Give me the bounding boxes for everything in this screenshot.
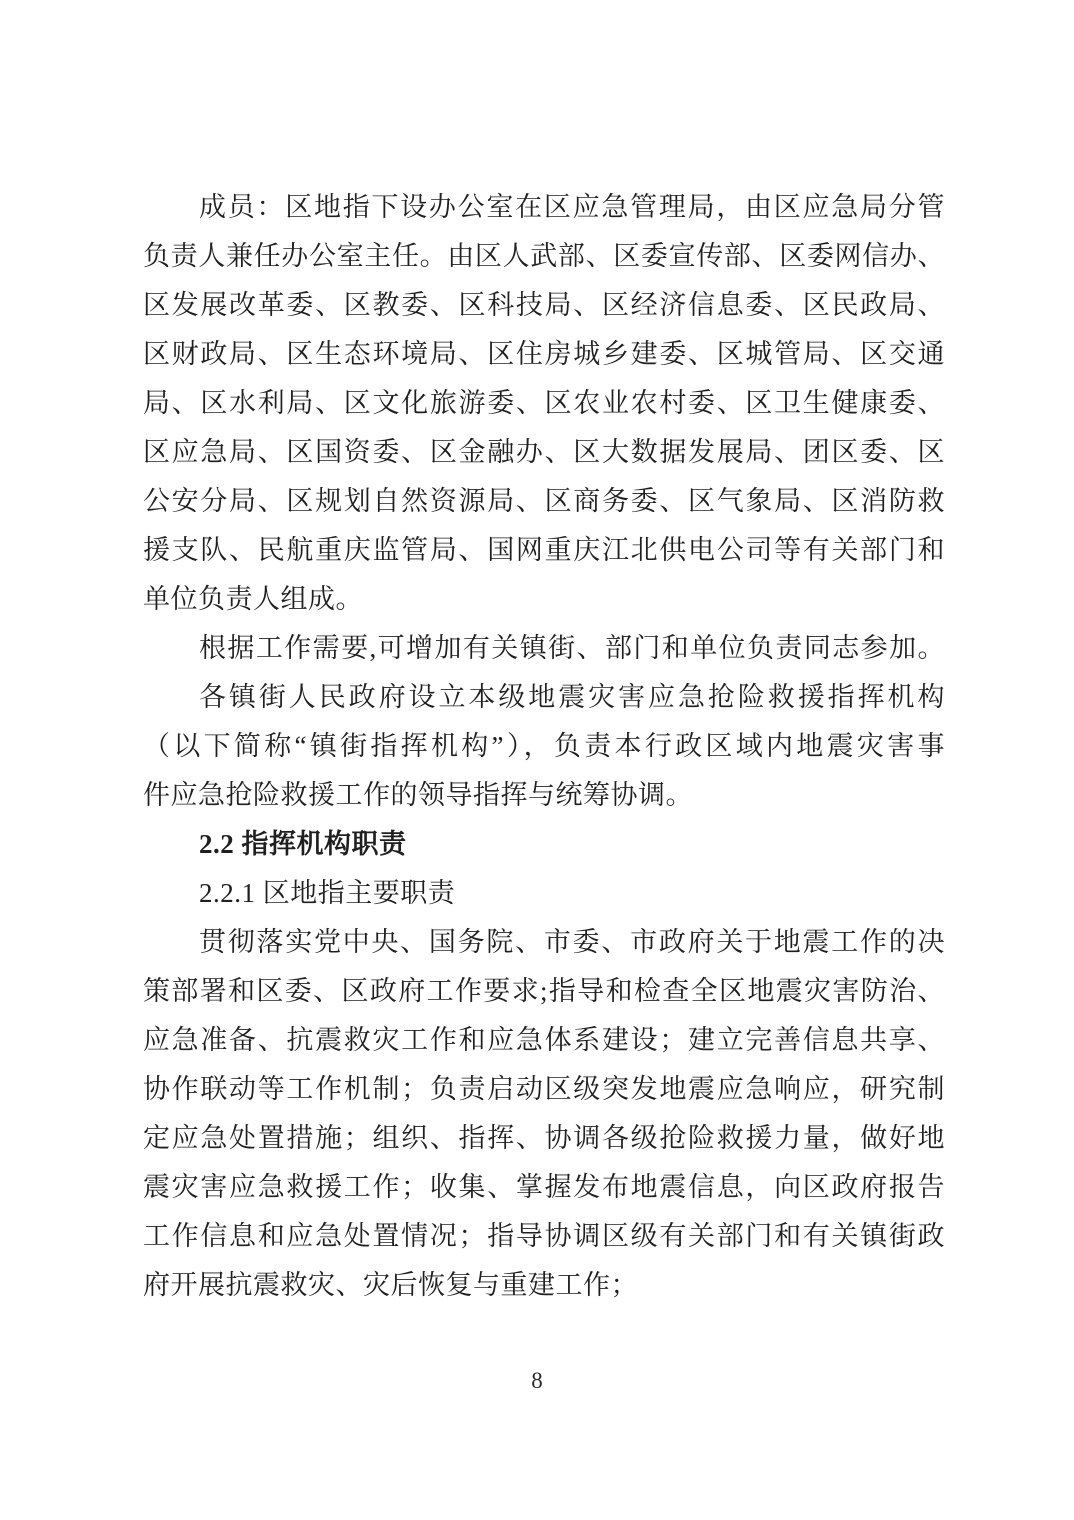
page-number: 8 [531,1368,543,1393]
text-line: 贯彻落实党中央、国务院、市委、市政府关于地震工作的决 [143,918,945,967]
text-line: 件应急抢险救援工作的领导指挥与统筹协调。 [143,771,945,820]
text-line: 单位负责人组成。 [143,575,945,624]
text-line: 区财政局、区生态环境局、区住房城乡建委、区城管局、区交通 [143,330,945,379]
text-line: 负责人兼任办公室主任。由区人武部、区委宣传部、区委网信办、 [143,232,945,281]
text-line: 根据工作需要,可增加有关镇街、部门和单位负责同志参加。 [143,624,945,673]
text-line: 定应急处置措施；组织、指挥、协调各级抢险救援力量，做好地 [143,1114,945,1163]
text-line: 工作信息和应急处置情况；指导协调区级有关部门和有关镇街政 [143,1212,945,1261]
text-line: 2.2.1 区地指主要职责 [143,869,945,918]
text-line: （以下简称“镇街指挥机构”），负责本行政区域内地震灾害事 [143,722,945,771]
page-footer: 8 [0,1368,1074,1394]
text-line: 区发展改革委、区教委、区科技局、区经济信息委、区民政局、 [143,281,945,330]
text-body: 成员：区地指下设办公室在区应急管理局，由区应急局分管负责人兼任办公室主任。由区人… [143,183,945,1310]
section-heading: 2.2 指挥机构职责 [143,820,945,869]
text-line: 区应急局、区国资委、区金融办、区大数据发展局、团区委、区 [143,428,945,477]
text-line: 应急准备、抗震救灾工作和应急体系建设；建立完善信息共享、 [143,1016,945,1065]
text-line: 各镇街人民政府设立本级地震灾害应急抢险救援指挥机构 [143,673,945,722]
text-line: 协作联动等工作机制；负责启动区级突发地震应急响应，研究制 [143,1065,945,1114]
document-page: 成员：区地指下设办公室在区应急管理局，由区应急局分管负责人兼任办公室主任。由区人… [0,0,1074,1520]
text-line: 援支队、民航重庆监管局、国网重庆江北供电公司等有关部门和 [143,526,945,575]
text-line: 成员：区地指下设办公室在区应急管理局，由区应急局分管 [143,183,945,232]
text-line: 公安分局、区规划自然资源局、区商务委、区气象局、区消防救 [143,477,945,526]
text-line: 策部署和区委、区政府工作要求;指导和检查全区地震灾害防治、 [143,967,945,1016]
text-line: 府开展抗震救灾、灾后恢复与重建工作； [143,1261,945,1310]
text-line: 震灾害应急救援工作；收集、掌握发布地震信息，向区政府报告 [143,1163,945,1212]
text-line: 局、区水利局、区文化旅游委、区农业农村委、区卫生健康委、 [143,379,945,428]
